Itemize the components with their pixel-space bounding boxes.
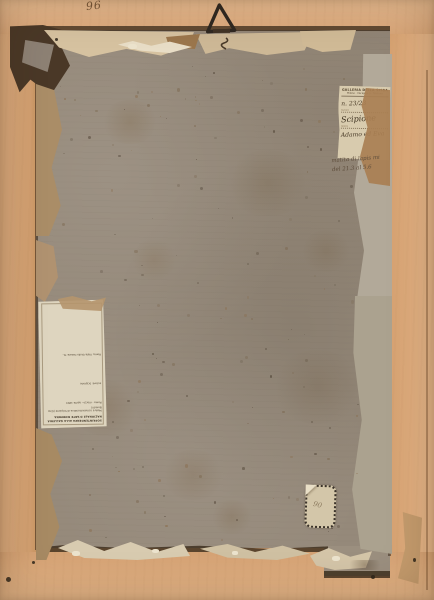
sticker-fold	[305, 484, 316, 495]
nail	[32, 561, 35, 564]
exhibition-label-text: SOPRINTENDENZA ALLA GALLERIA NAZIONALE D…	[38, 300, 107, 429]
exhibition-label-line: Mostra commemorativa di Scipione (Gino B…	[45, 406, 102, 413]
hanging-ring-icon	[200, 2, 244, 50]
frame-gap-bottom-right	[324, 571, 390, 578]
backing-texture	[36, 30, 390, 548]
plaster-chip	[232, 551, 238, 555]
exhibition-label-line: autore: Scipione	[44, 382, 101, 386]
plaster-chip	[152, 549, 159, 553]
frame-seam	[426, 70, 428, 590]
corner-sticker: 90	[304, 484, 336, 528]
exhibition-label-line: Roma · marzo - aprile 1954	[45, 401, 102, 405]
handwritten-notes: matita di lapis mi del 21.3 al 5.6	[331, 153, 395, 185]
plaster-chip	[72, 551, 80, 556]
plaster-chip	[332, 556, 340, 561]
artwork-back-photo: 96 GALLERIA DELLA SPIGA Milano · Via Spi…	[0, 0, 434, 600]
exhibition-label-line: Roma, Viale Giulio Cesare 71.	[44, 353, 101, 357]
exhibition-label-header: SOPRINTENDENZA ALLA GALLERIA NAZIONALE D…	[45, 414, 102, 423]
nail	[6, 577, 11, 582]
exhibition-label: SOPRINTENDENZA ALLA GALLERIA NAZIONALE D…	[38, 300, 107, 429]
plaster-chip	[128, 44, 137, 49]
nail	[371, 575, 375, 579]
backing-board	[36, 30, 390, 548]
nail	[55, 38, 58, 41]
sticker-number: 90	[312, 500, 323, 510]
nail	[413, 558, 416, 562]
